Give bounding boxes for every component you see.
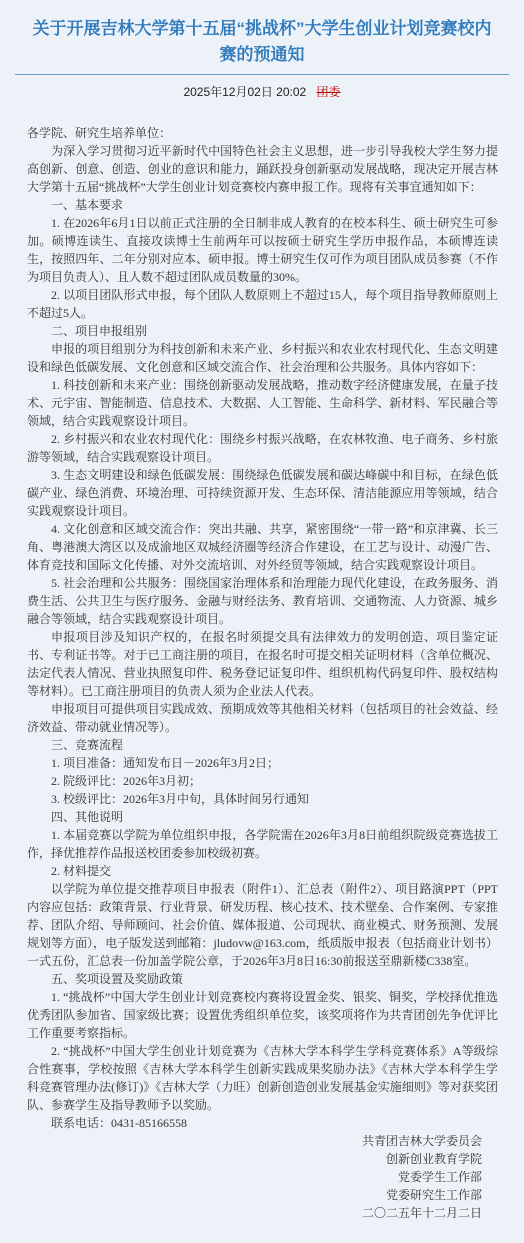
paragraph: 2. 院级评比：2026年3月初； <box>27 772 498 790</box>
meta-line: 2025年12月02日 20:02 团委 <box>0 84 524 100</box>
paragraph: 1. “挑战杯”中国大学生创业计划竞赛校内赛将设置金奖、银奖、铜奖，学校择优推选… <box>27 988 498 1042</box>
paragraph: 三、竞赛流程 <box>27 736 498 754</box>
document-body: 各学院、研究生培养单位： 为深入学习贯彻习近平新时代中国特色社会主义思想，进一步… <box>27 124 498 1222</box>
publish-datetime: 2025年12月02日 20:02 <box>183 85 306 99</box>
paragraph: 申报的项目组别分为科技创新和未来产业、乡村振兴和农业农村现代化、生态文明建设和绿… <box>27 340 498 376</box>
paragraph: 2. 乡村振兴和农业农村现代化：围绕乡村振兴战略，在农林牧渔、电子商务、乡村旅游… <box>27 430 498 466</box>
signature-block: 共青团吉林大学委员会创新创业教育学院党委学生工作部党委研究生工作部二〇二五年十二… <box>27 1132 498 1222</box>
paragraph: 以学院为单位提交推荐项目申报表（附件1）、汇总表（附件2）、项目路演PPT（PP… <box>27 880 498 970</box>
paragraph: 为深入学习贯彻习近平新时代中国特色社会主义思想，进一步引导我校大学生努力提高创新… <box>27 142 498 196</box>
department-link[interactable]: 团委 <box>317 85 341 99</box>
paragraph: 5. 社会治理和公共服务：围绕国家治理体系和治理能力现代化建设，在政务服务、消费… <box>27 574 498 628</box>
paragraph: 1. 在2026年6月1日以前正式注册的全日制非成人教育的在校本科生、硕士研究生… <box>27 214 498 286</box>
paragraph: 申报项目可提供项目实践成效、预期成效等其他相关材料（包括项目的社会效益、经济效益… <box>27 700 498 736</box>
signature-line: 创新创业教育学院 <box>27 1150 482 1168</box>
title-divider <box>15 74 509 75</box>
paragraph: 1. 项目准备：通知发布日－2026年3月2日； <box>27 754 498 772</box>
paragraph: 1. 科技创新和未来产业：围绕创新驱动发展战略，推动数字经济健康发展，在量子技术… <box>27 376 498 430</box>
contact-phone: 联系电话：0431-85166558 <box>27 1114 498 1132</box>
paragraph: 2. 以项目团队形式申报，每个团队人数原则上不超过15人，每个项目指导教师原则上… <box>27 286 498 322</box>
signature-line: 党委学生工作部 <box>27 1168 482 1186</box>
page-title: 关于开展吉林大学第十五届“挑战杯”大学生创业计划竞赛校内赛的预通知 <box>28 16 496 68</box>
paragraph: 一、基本要求 <box>27 196 498 214</box>
paragraph: 4. 文化创意和区域交流合作：突出共融、共享，紧密围绕“一带一路”和京津冀、长三… <box>27 520 498 574</box>
paragraph: 五、奖项设置及奖励政策 <box>27 970 498 988</box>
paragraph: 3. 校级评比：2026年3月中旬，具体时间另行通知 <box>27 790 498 808</box>
notice-page: 关于开展吉林大学第十五届“挑战杯”大学生创业计划竞赛校内赛的预通知 2025年1… <box>0 16 524 1222</box>
paragraph: 1. 本届竞赛以学院为单位组织申报，各学院需在2026年3月8日前组织院级竞赛选… <box>27 826 498 862</box>
paragraph: 四、其他说明 <box>27 808 498 826</box>
paragraph: 二、项目申报组别 <box>27 322 498 340</box>
paragraph: 3. 生态文明建设和绿色低碳发展：围绕绿色低碳发展和碳达峰碳中和目标，在绿色低碳… <box>27 466 498 520</box>
signature-line: 共青团吉林大学委员会 <box>27 1132 482 1150</box>
paragraph: 申报项目涉及知识产权的，在报名时须提交具有法律效力的发明创造、项目鉴定证书、专利… <box>27 628 498 700</box>
paragraphs-container: 为深入学习贯彻习近平新时代中国特色社会主义思想，进一步引导我校大学生努力提高创新… <box>27 142 498 1114</box>
paragraph: 2. “挑战杯”中国大学生创业计划竞赛为《吉林大学本科学生学科竞赛体系》A等级综… <box>27 1042 498 1114</box>
salutation: 各学院、研究生培养单位： <box>27 124 498 142</box>
paragraph: 2. 材料提交 <box>27 862 498 880</box>
signature-line: 二〇二五年十二月二日 <box>27 1204 482 1222</box>
signature-line: 党委研究生工作部 <box>27 1186 482 1204</box>
